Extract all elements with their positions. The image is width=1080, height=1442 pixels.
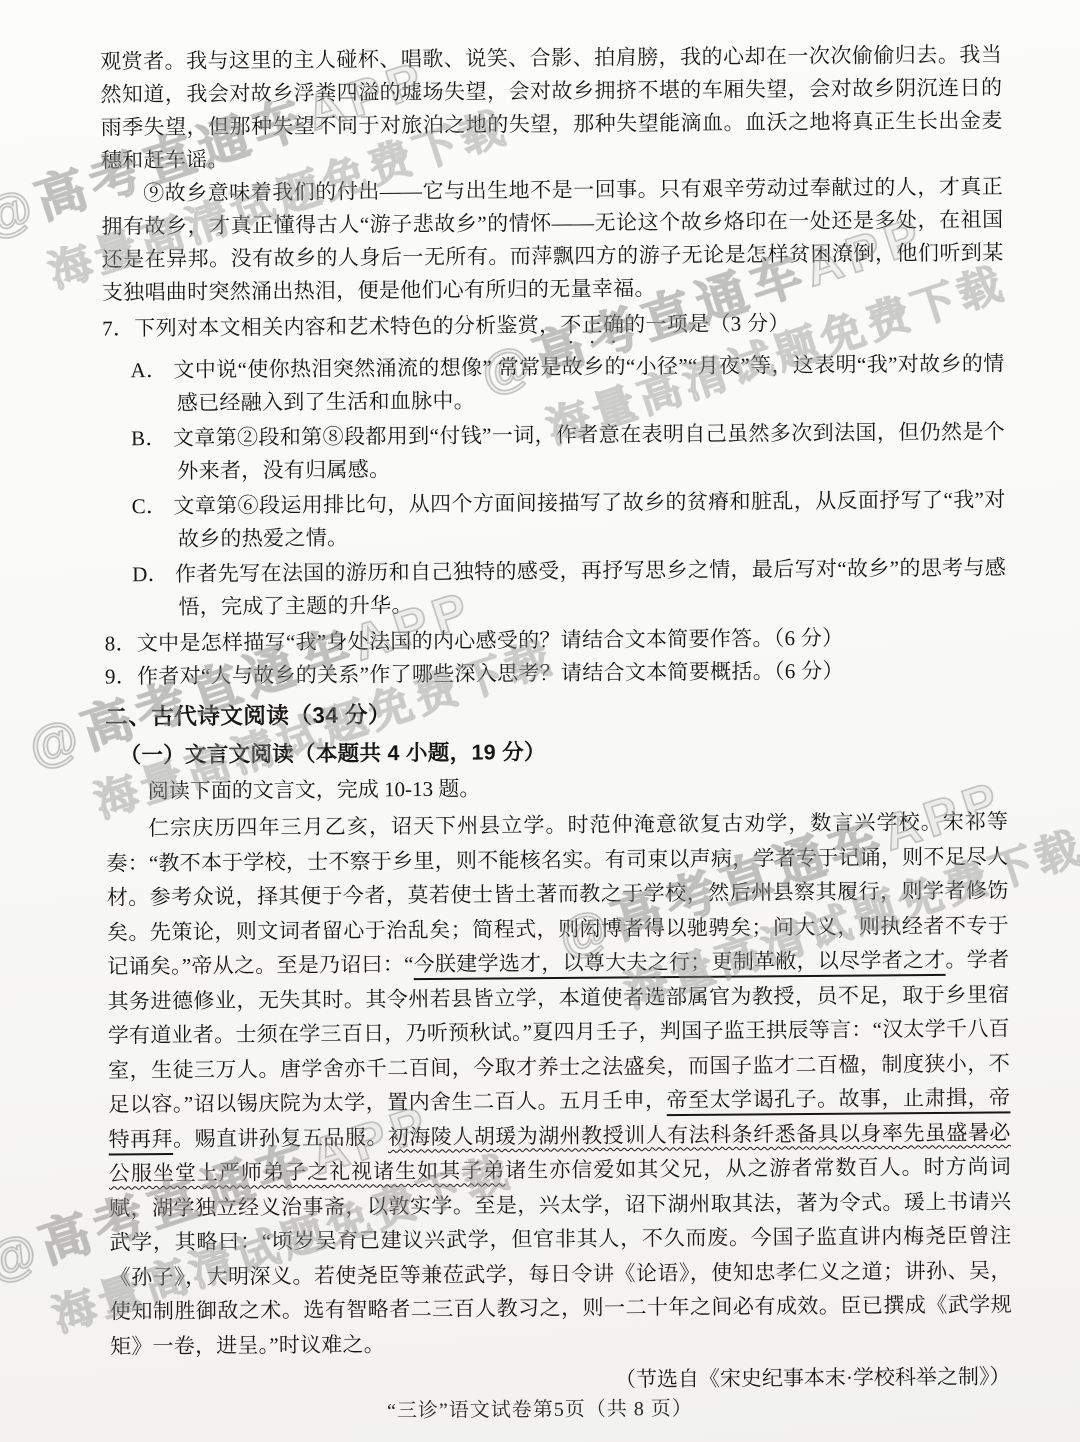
question-9: 9．作者对“人与故乡的关系”作了哪些深入思考？请结合文本简要概括。（6 分） xyxy=(105,653,1007,693)
classical-seg2-underlined: 今朕建学选才，以尊大夫之行；更制革敝，以尽学者之才 xyxy=(414,948,946,976)
option-b-text: 文章第②段和第⑧段都用到“付钱”一词，作者意在表明自己虽然多次到法国，但仍然是个… xyxy=(173,419,1005,483)
question-7-option-a: A．文中说“使你热泪突然涌流的想像” 常常是故乡的“小径”“月夜”等，这表明“我… xyxy=(102,347,1004,420)
page-content: 观赏者。我与这里的主人碰杯、唱歌、说笑、合影、拍肩膀，我的心却在一次次偷偷归去。… xyxy=(100,38,1013,1403)
question-7-stem: 7．下列对本文相关内容和艺术特色的分析鉴赏，不正确的一项是（3 分） xyxy=(102,305,1004,352)
passage-paragraph-9: ⑨故乡意味着我们的付出——它与出生地不是一回事。只有艰辛劳动过奉献过的人，才真正… xyxy=(101,170,1004,309)
option-d-text: 作者先写在法国的游历和自己独特的感受，再抒写思乡之情，最后写对“故乡”的思考与感… xyxy=(175,555,1006,619)
question-7-option-b: B．文章第②段和第⑧段都用到“付钱”一词，作者意在表明自己虽然多次到法国，但仍然… xyxy=(103,415,1005,488)
classical-passage: 仁宗庆历四年三月乙亥，诏天下州县立学。时范仲淹意欲复古劝学，数言兴学校。宋祁等奏… xyxy=(106,804,1012,1363)
section-2-heading: 二、古代诗文阅读（34 分） xyxy=(105,690,1007,737)
question-7-stem-pre: 下列对本文相关内容和艺术特色的分析鉴赏， xyxy=(134,313,560,340)
classical-seg7: 诸生亦信爱如其父兄，从之游者常数百人。时方尚词赋，湖学独立经义治事斋，以敦实学。… xyxy=(109,1154,1012,1358)
option-a-label: A． xyxy=(130,358,173,382)
passage-paragraph-continuation: 观赏者。我与这里的主人碰杯、唱歌、说笑、合影、拍肩膀，我的心却在一次次偷偷归去。… xyxy=(100,38,1003,177)
question-7-option-d: D．作者先写在法国的游历和自己独特的感受，再抒写思乡之情，最后写对“故乡”的思考… xyxy=(104,551,1006,624)
question-7-stem-post: 的一项是（3 分） xyxy=(624,311,790,336)
exam-paper-page: @高考直通车APP 海量高清试题免费下载 @高考直通车APP 海量高清试题免费下… xyxy=(0,0,1080,1442)
question-7-stem-emphasis: 不正确 xyxy=(560,312,624,337)
classical-reading-intro: 阅读下面的文言文，完成 10-13 题。 xyxy=(106,767,1008,809)
option-c-label: C． xyxy=(132,494,174,518)
option-d-label: D． xyxy=(132,562,175,586)
option-c-text: 文章第⑥段运用排比句，从四个方面间接描写了故乡的贫瘠和脏乱，从反面抒写了“我”对… xyxy=(173,487,1005,551)
option-b-label: B． xyxy=(131,426,173,450)
question-7-number: 7． xyxy=(102,316,134,340)
option-a-text: 文中说“使你热泪突然涌流的想像” 常常是故乡的“小径”“月夜”等，这表明“我”对… xyxy=(173,351,1004,415)
classical-seg5: 。赐直讲孙复五品服。 xyxy=(173,1125,388,1151)
question-7-option-c: C．文章第⑥段运用排比句，从四个方面间接描写了故乡的贫瘠和脏乱，从反面抒写了“我… xyxy=(104,483,1006,556)
